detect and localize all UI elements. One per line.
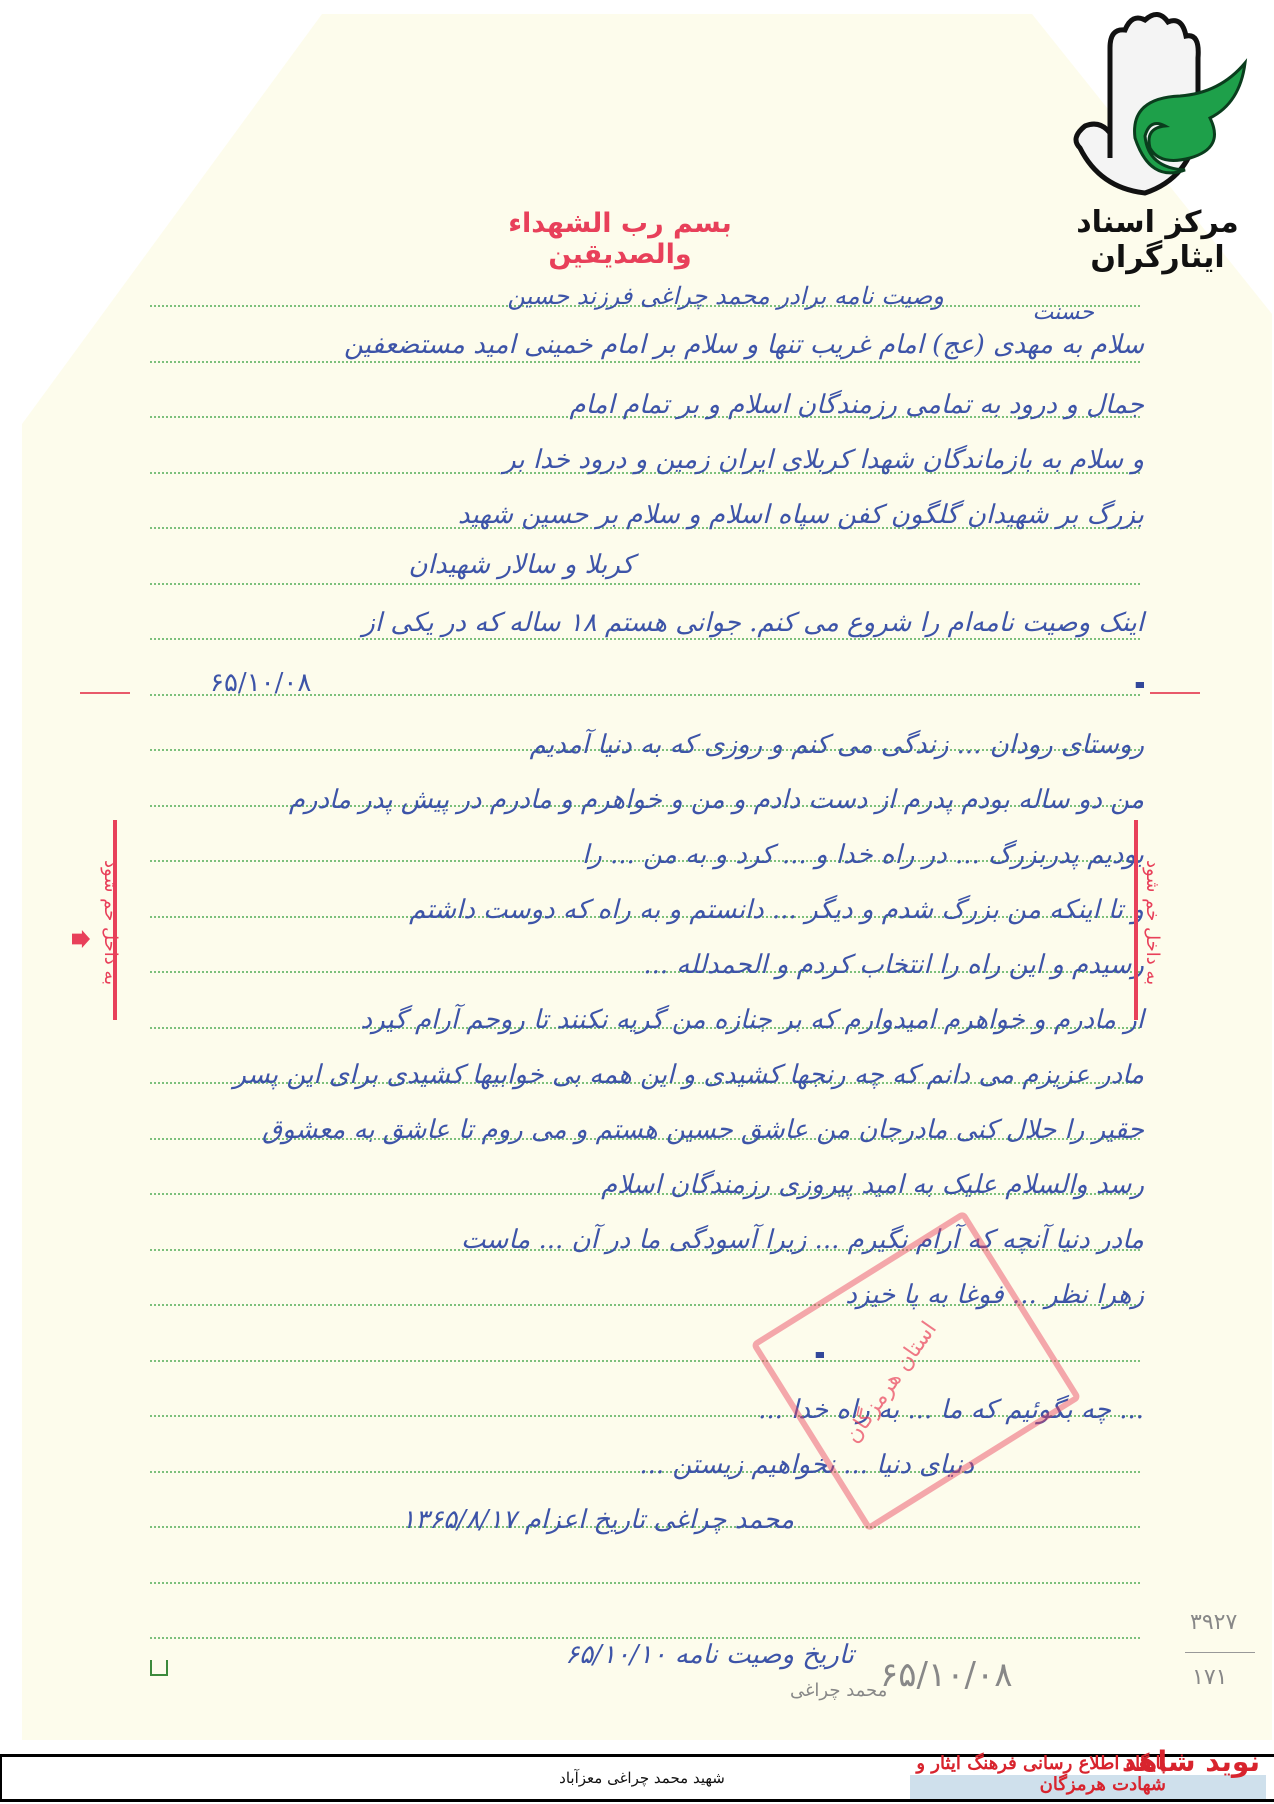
bottom-name-annotation: محمد چراغی <box>790 1680 887 1701</box>
margin-note-left: به داخل خم شود <box>100 860 121 985</box>
footer-bar: شهید محمد چراغی معزآباد پایگاه اطلاع رسا… <box>0 1754 1274 1802</box>
handwritten-line: مادر عزیزم می دانم که چه رنجها کشیدی و ا… <box>233 1060 1144 1090</box>
footer-caption: شهید محمد چراغی معزآباد <box>522 1769 762 1787</box>
handwritten-line: مادر دنیا آنچه که آرام نگیرم ... زیرا آس… <box>461 1225 1144 1255</box>
archive-number-top: ۳۹۲۷ <box>1190 1610 1237 1635</box>
handwritten-line: من دو ساله بودم پدرم از دست دادم و من و … <box>289 785 1144 815</box>
ruled-line <box>150 583 1140 585</box>
ruled-line <box>150 638 1140 640</box>
arrow-down-icon <box>150 1660 168 1676</box>
handwritten-line: و سلام به بازماندگان شهدا کربلای ایران ز… <box>503 445 1144 475</box>
ruled-line <box>150 1637 1140 1639</box>
will-date-line: تاریخ وصیت نامه ۶۵/۱۰/۱۰ <box>565 1640 854 1670</box>
fold-mark-right <box>1150 692 1200 694</box>
handwritten-note: حسنت <box>1033 300 1094 325</box>
handwritten-line: حقیر را حلال کنی مادرجان من عاشق حسین هس… <box>262 1115 1144 1145</box>
handwritten-line: رسیدم و این راه را انتخاب کردم و الحمدلل… <box>643 950 1144 980</box>
ruled-line <box>150 1582 1140 1584</box>
handwritten-line: بزرگ بر شهیدان گلگون کفن سپاه اسلام و سل… <box>458 500 1144 530</box>
handwritten-line: بودیم پدربزرگ ... در راه خدا و ... کرد و… <box>582 840 1144 870</box>
double-arrow-right-icon <box>1134 820 1138 1020</box>
footer-brand[interactable]: پایگاه اطلاع رسانی فرهنگ ایثار و شهادت ه… <box>876 1745 1266 1795</box>
margin-note-right: به داخل خم شود <box>1142 860 1163 985</box>
printed-header: بسم رب الشهداء والصدیقین <box>440 208 800 270</box>
handwritten-line: و تا اینکه من بزرگ شدم و دیگر ... دانستم… <box>409 895 1144 925</box>
handwritten-line: سلام به مهدی (عج) امام غریب تنها و سلام … <box>344 330 1144 360</box>
fold-mark-left <box>80 692 130 694</box>
date-annotation: ۶۵/۱۰/۰۸ <box>210 668 311 698</box>
handwritten-line: از مادرم و خواهرم امیدوارم که بر جنازه م… <box>361 1005 1144 1035</box>
archive-divider <box>1185 1652 1255 1653</box>
bottom-date-annotation: ۶۵/۱۰/۰۸ <box>880 1655 1012 1695</box>
will-title: وصیت نامه برادر محمد چراغی فرزند حسین <box>507 282 944 310</box>
handwritten-line: اینک وصیت نامه‌ام را شروع می کنم. جوانی … <box>362 608 1144 638</box>
handwritten-line: جمال و درود به تمامی رزمندگان اسلام و بر… <box>570 390 1145 420</box>
handwritten-line: کربلا و سالار شهیدان <box>409 550 635 580</box>
struck-out-line <box>744 670 1144 700</box>
navid-shahed-logo-icon: نوید شاهد <box>1122 1745 1260 1778</box>
handwritten-line: روستای رودان ... زندگی می کنم و روزی که … <box>530 730 1144 760</box>
archive-number-bottom: ۱۷۱ <box>1192 1665 1227 1690</box>
handwritten-line: رسد والسلام علیک به امید پیروزی رزمندگان… <box>601 1170 1144 1200</box>
signature-line: محمد چراغی تاریخ اعزام ۱۳۶۵/۸/۱۷ <box>401 1505 794 1535</box>
archive-center-logo-text: مرکز اسناد ایثارگران <box>1045 205 1270 275</box>
ruled-line <box>150 361 1140 363</box>
